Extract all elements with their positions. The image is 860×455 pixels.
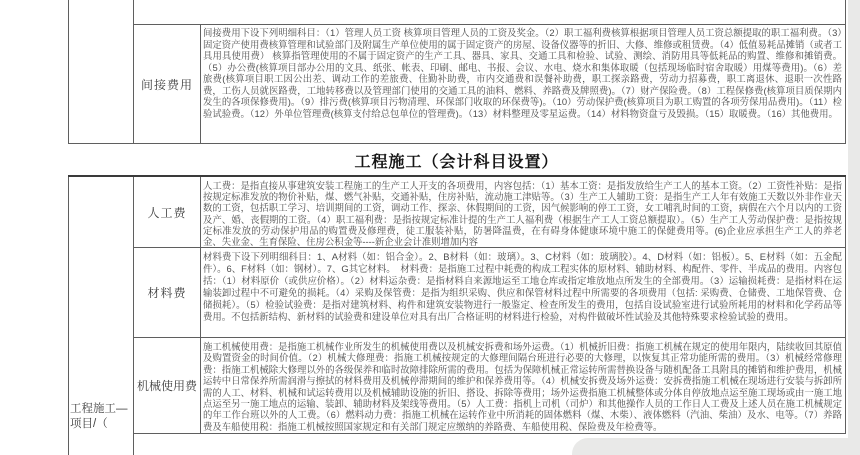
merged-label-line1: 工程施工— (70, 402, 132, 417)
labor-cost-content: 人工费：是指直接从事建筑安装工程施工的生产工人开支的各项费用，内容包括：（1）基… (203, 180, 842, 246)
grid-line (133, 24, 846, 25)
grid-line (845, 0, 846, 143)
machinery-cost-content: 施工机械使用费：是指施工机械作业所发生的机械使用费以及机械安拆费和场外运费。（1… (203, 341, 842, 431)
material-cost-content: 材料费下设下列明细科目：1、A材料（如：铝合金）。2、B材料（如：玻璃）。3、C… (203, 251, 842, 335)
row-label-labor-cost: 人工费 (134, 177, 200, 247)
merged-cell-label-construction: 工程施工— 项目/（ (70, 402, 132, 432)
grid-line (133, 247, 846, 248)
grid-line (845, 177, 846, 434)
grid-line (133, 337, 846, 338)
grid-line (68, 177, 69, 455)
section-title: 工程施工（会计科目设置） (68, 146, 845, 174)
grid-line (200, 177, 201, 434)
page-corner-shadow (572, 438, 860, 455)
grid-line (68, 143, 846, 144)
grid-line (133, 433, 846, 434)
row-label-indirect-cost: 间接费用 (134, 25, 200, 143)
merged-label-line2: 项目/（ (70, 417, 132, 432)
grid-line (200, 24, 201, 143)
row-label-material-cost: 材料费 (134, 248, 200, 337)
grid-line (68, 0, 69, 143)
row-label-machinery-cost: 机械使用费 (134, 338, 200, 433)
document-canvas: 间接费用 间接费用下设下列明细科目：（1）管理人员工资 核算项目管理人员的工资及… (0, 0, 860, 455)
indirect-cost-content: 间接费用下设下列明细科目：（1）管理人员工资 核算项目管理人员的工资及奖金。（2… (203, 27, 842, 141)
